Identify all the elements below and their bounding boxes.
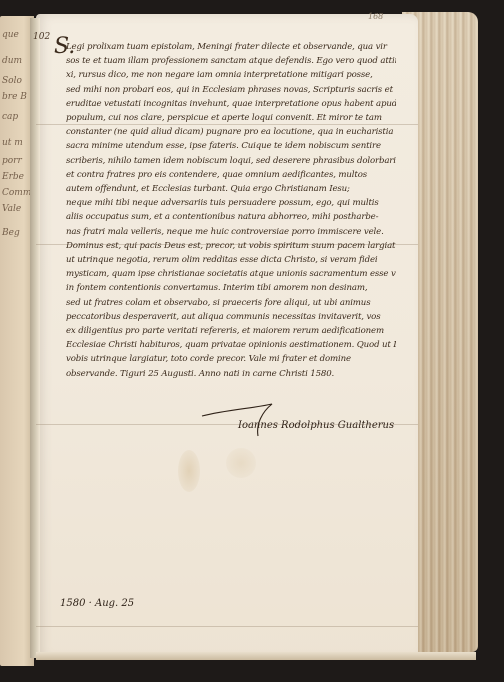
letter-line: et contra fratres pro eis contendere, qu… <box>66 168 396 182</box>
letter-line: sed ut fratres colam et observabo, si pr… <box>66 296 396 310</box>
letter-line: Legi prolixam tuam epistolam, Meningi fr… <box>66 40 396 54</box>
left-page-fragment: porr <box>2 156 22 166</box>
letter-line: vobis utrinque largiatur, toto corde pre… <box>66 352 396 366</box>
letter-line: sed mihi non probari eos, qui in Ecclesi… <box>66 83 396 97</box>
letter-line: scriberis, nihilo tamen idem nobiscum lo… <box>66 154 396 168</box>
archival-date-note: 1580 · Aug. 25 <box>60 598 134 609</box>
left-page-fragment: Vale <box>2 204 21 214</box>
letter-line: in fontem contentionis convertamus. Inte… <box>66 281 396 295</box>
letter-line: neque mihi tibi neque adversariis tuis p… <box>66 196 396 210</box>
left-page-fragment: que <box>2 30 19 40</box>
letter-line: mysticam, quam ipse christianae societat… <box>66 267 396 281</box>
letter-line: observande. Tiguri 25 Augusti. Anno nati… <box>66 367 396 381</box>
letter-line: peccatoribus desperaverit, aut aliqua co… <box>66 310 396 324</box>
letter-line: ut utrinque negotia, rerum olim redditas… <box>66 253 396 267</box>
book-gutter <box>30 18 40 658</box>
signature: Ioannes Rodolphus Gualtherus <box>238 420 394 431</box>
signature-flourish-icon <box>200 398 290 438</box>
manuscript-photo: que dum Solo bre B cap ut m porr Erbe Co… <box>0 0 504 682</box>
left-page-fragment: ut m <box>2 138 23 148</box>
left-page-fragment: cap <box>2 112 18 122</box>
left-page-fragment: Solo <box>2 76 22 86</box>
folio-number-right: 168 <box>368 12 383 21</box>
left-page-fragment: Beg <box>2 228 20 238</box>
letter-line: xi, rursus dico, me non negare iam omnia… <box>66 68 396 82</box>
paper-stain <box>178 450 200 492</box>
letter-line: constanter (ne quid aliud dicam) pugnare… <box>66 125 396 139</box>
letter-line: aliis occupatus sum, et a contentionibus… <box>66 210 396 224</box>
letter-line: nas fratri mala velleris, neque me huic … <box>66 225 396 239</box>
fold-line <box>36 626 418 627</box>
left-page-fragment: bre B <box>2 92 27 102</box>
letter-line: sos te et tuam illam professionem sancta… <box>66 54 396 68</box>
left-page-fragment: Erbe <box>2 172 24 182</box>
letter-body: Legi prolixam tuam epistolam, Meningi fr… <box>66 40 396 381</box>
letter-line: populum, cui nos clare, perspicue et ape… <box>66 111 396 125</box>
left-page-verso: que dum Solo bre B cap ut m porr Erbe Co… <box>0 16 34 666</box>
letter-line: ex diligentius pro parte veritati refere… <box>66 324 396 338</box>
paper-stain <box>226 448 256 478</box>
letter-line: eruditae vetustati incognitas invehunt, … <box>66 97 396 111</box>
left-page-fragment: dum <box>2 56 22 66</box>
letter-line: Ecclesiae Christi habituros, quam privat… <box>66 338 396 352</box>
left-page-fragment: Comm <box>2 188 31 198</box>
letter-line: autem offendunt, et Ecclesias turbant. Q… <box>66 182 396 196</box>
letter-line: Dominus est, qui pacis Deus est, precor,… <box>66 239 396 253</box>
folio-number: 102 <box>33 32 50 42</box>
letter-line: sacra minime utendum esse, ipse fateris.… <box>66 139 396 153</box>
page-bottom-edge <box>36 652 476 660</box>
